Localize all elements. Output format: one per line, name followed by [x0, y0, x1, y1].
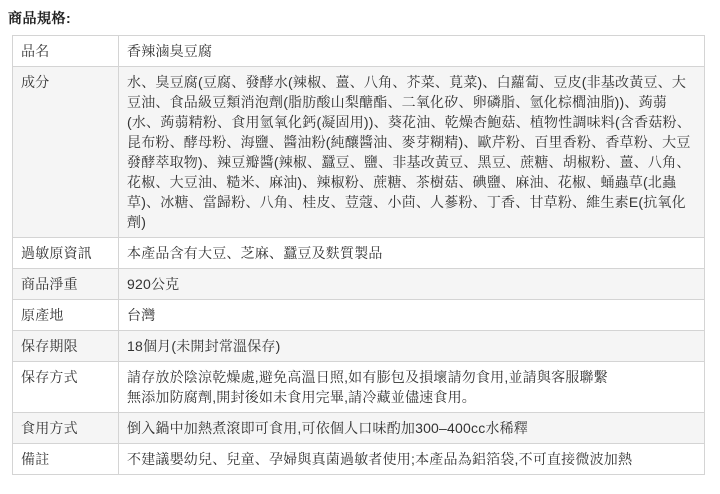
product-spec-page: 商品規格: 品名 香辣滷臭豆腐 成分 水、臭豆腐(豆腐、發酵水(辣椒、薑、八角、…	[0, 0, 720, 475]
spec-row-notes: 備註 不建議嬰幼兒、兒童、孕婦與真菌過敏者使用;本產品為鋁箔袋,不可直接微波加熱	[13, 444, 705, 475]
spec-label: 成分	[13, 67, 119, 238]
spec-label: 保存期限	[13, 331, 119, 362]
spec-label: 過敏原資訊	[13, 238, 119, 269]
spec-row-shelf-life: 保存期限 18個月(未開封常溫保存)	[13, 331, 705, 362]
spec-row-ingredients: 成分 水、臭豆腐(豆腐、發酵水(辣椒、薑、八角、芥菜、莧菜)、白蘿蔔、豆皮(非基…	[13, 67, 705, 238]
spec-row-allergen-info: 過敏原資訊 本產品含有大豆、芝麻、蠶豆及麩質製品	[13, 238, 705, 269]
spec-value: 本產品含有大豆、芝麻、蠶豆及麩質製品	[119, 238, 705, 269]
spec-row-net-weight: 商品淨重 920公克	[13, 269, 705, 300]
spec-row-origin: 原產地 台灣	[13, 300, 705, 331]
spec-label: 品名	[13, 36, 119, 67]
spec-label: 原產地	[13, 300, 119, 331]
spec-value: 台灣	[119, 300, 705, 331]
spec-label: 備註	[13, 444, 119, 475]
spec-value: 香辣滷臭豆腐	[119, 36, 705, 67]
product-spec-table: 品名 香辣滷臭豆腐 成分 水、臭豆腐(豆腐、發酵水(辣椒、薑、八角、芥菜、莧菜)…	[12, 35, 705, 475]
spec-value: 920公克	[119, 269, 705, 300]
spec-label: 食用方式	[13, 413, 119, 444]
spec-row-product-name: 品名 香辣滷臭豆腐	[13, 36, 705, 67]
spec-value: 倒入鍋中加熱煮滾即可食用,可依個人口味酌加300–400cc水稀釋	[119, 413, 705, 444]
spec-value: 水、臭豆腐(豆腐、發酵水(辣椒、薑、八角、芥菜、莧菜)、白蘿蔔、豆皮(非基改黃豆…	[119, 67, 705, 238]
spec-row-serving-method: 食用方式 倒入鍋中加熱煮滾即可食用,可依個人口味酌加300–400cc水稀釋	[13, 413, 705, 444]
spec-value: 不建議嬰幼兒、兒童、孕婦與真菌過敏者使用;本產品為鋁箔袋,不可直接微波加熱	[119, 444, 705, 475]
spec-row-storage-method: 保存方式 請存放於陰涼乾燥處,避免高溫日照,如有膨包及損壞請勿食用,並請與客服聯…	[13, 362, 705, 413]
spec-value: 請存放於陰涼乾燥處,避免高溫日照,如有膨包及損壞請勿食用,並請與客服聯繫 無添加…	[119, 362, 705, 413]
spec-label: 保存方式	[13, 362, 119, 413]
spec-value: 18個月(未開封常溫保存)	[119, 331, 705, 362]
spec-label: 商品淨重	[13, 269, 119, 300]
section-title: 商品規格:	[8, 8, 712, 28]
